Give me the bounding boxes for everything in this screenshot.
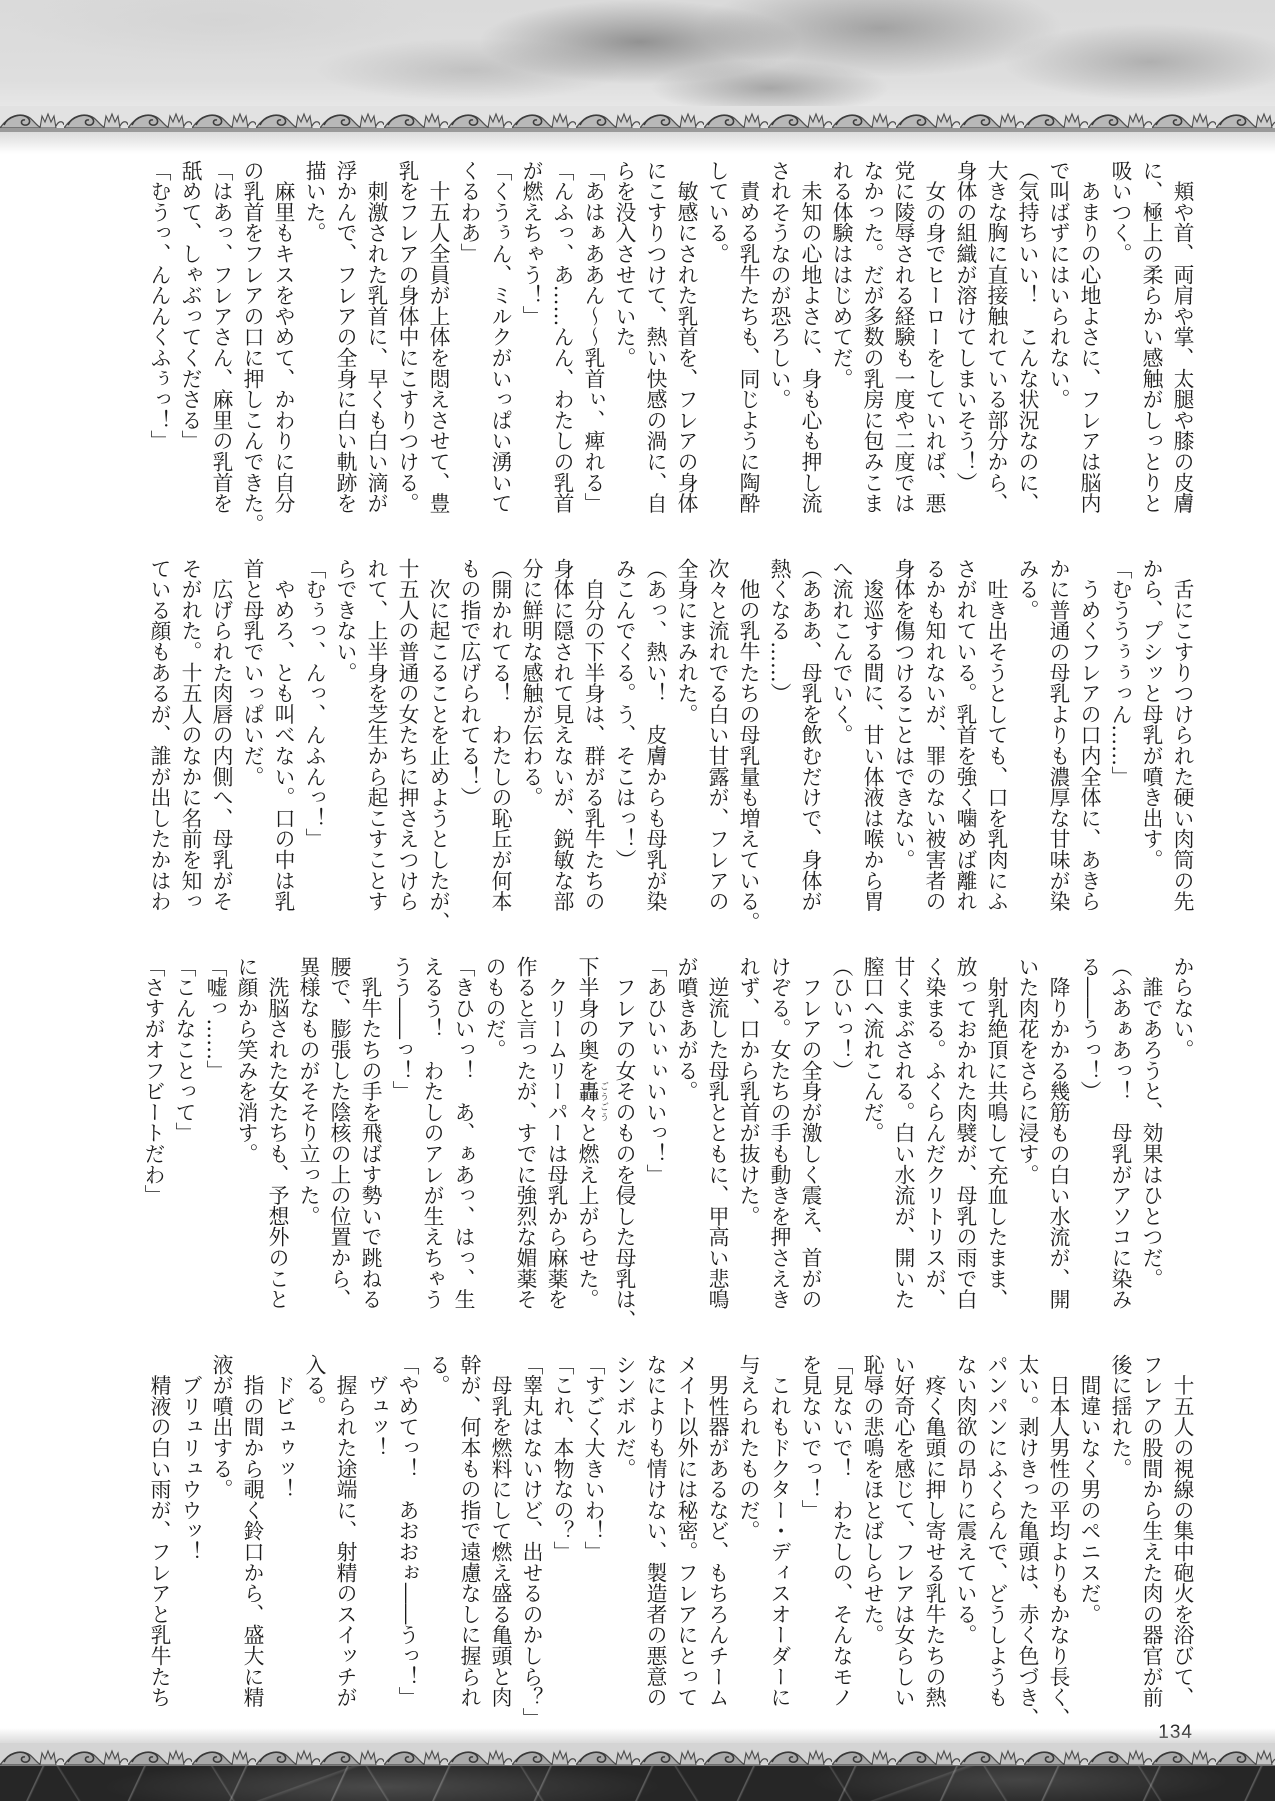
text-column: かに普通の母乳よりも濃厚な甘味が染 xyxy=(1042,558,1073,912)
text-column: いた肉花をさらに浸す。 xyxy=(1011,956,1042,1310)
text-column: で叫ばずにはいられない。 xyxy=(1042,160,1073,514)
text-column: クリームリーパーは母乳から麻薬を xyxy=(540,956,571,1310)
text-column: 頬や首、両肩や掌、太腿や膝の皮膚 xyxy=(1166,160,1197,514)
text-column: 与えられたものだ。 xyxy=(732,1354,763,1708)
text-column: 誰であろうと、効果はひとつだ。 xyxy=(1135,956,1166,1310)
text-column: ない肉欲の昂りに震えている。 xyxy=(949,1354,980,1708)
text-column: 首と母乳でいっぱいだ。 xyxy=(236,558,267,912)
text-column: 麻里もキスをやめて、かわりに自分 xyxy=(267,160,298,514)
text-column: 降りかかる幾筋もの白い水流が、開 xyxy=(1042,956,1073,1310)
text-column: 「すごく大きいわ！」 xyxy=(577,1354,608,1708)
text-column: 腰で、膨張した陰核の上の位置から、 xyxy=(323,956,354,1310)
text-column: みこんでくる。う、そこはっ！） xyxy=(608,558,639,912)
text-column: フレアの股間から生えた肉の器官が前 xyxy=(1135,1354,1166,1708)
text-column: フレアの全身が激しく震え、首がの xyxy=(794,956,825,1310)
text-column: が噴きあがる。 xyxy=(670,956,701,1310)
text-column: 吐き出そうとしても、口を乳肉にふ xyxy=(980,558,1011,912)
text-column: 女の身でヒーローをしていれば、悪 xyxy=(918,160,949,514)
text-column: 「くうぅん、ミルクがいっぱい湧いて xyxy=(484,160,515,514)
text-column: している。 xyxy=(701,160,732,514)
text-column: 舌にこすりつけられた硬い肉筒の先 xyxy=(1166,558,1197,912)
text-column: らできない。 xyxy=(329,558,360,912)
text-column: 入る。 xyxy=(298,1354,329,1708)
text-column: のものだ。 xyxy=(478,956,509,1310)
text-column: 十五人の視線の集中砲火を浴びて、 xyxy=(1166,1354,1197,1708)
text-column: 身体を傷つけることはできない。 xyxy=(887,558,918,912)
text-column: 「見ないで！ わたしの、そんなモノ xyxy=(825,1354,856,1708)
text-column: あまりの心地よさに、フレアは脳内 xyxy=(1073,160,1104,514)
text-column: に顔から笑みを消す。 xyxy=(230,956,261,1310)
text-column: もの指で広げられてる！） xyxy=(453,558,484,912)
text-column: 「きひいっ！ あ、ぁあっ、はっ、生 xyxy=(447,956,478,1310)
text-column: 後に揺れた。 xyxy=(1104,1354,1135,1708)
text-column: みる。 xyxy=(1011,558,1042,912)
text-column: ている顔もあるが、誰が出したかはわ xyxy=(143,558,174,912)
ruby-base: 轟々 xyxy=(575,1081,599,1123)
text-column: 次々と流れでる白い甘露が、フレアの xyxy=(701,558,732,912)
text-column: 吸いつく。 xyxy=(1104,160,1135,514)
text-column: 分に鮮明な感触が伝わる。 xyxy=(515,558,546,912)
text-column: （開かれてる！ わたしの恥丘が何本 xyxy=(484,558,515,912)
text-column: 指の間から覗く鈴口から、盛大に精 xyxy=(236,1354,267,1708)
text-column: 十五人の普通の女たちに押さえつけら xyxy=(391,558,422,912)
text-column: 舐めて、しゃぶってくださる」 xyxy=(174,160,205,514)
text-column: 異様なものがそそり立った。 xyxy=(292,956,323,1310)
text-column: を見ないでっ！」 xyxy=(794,1354,825,1708)
text-column: い好奇心を感じて、フレアは女らしい xyxy=(887,1354,918,1708)
text-column: 間違いなく男のペニスだ。 xyxy=(1073,1354,1104,1708)
text-column: 疼く亀頭に押し寄せる乳牛たちの熱 xyxy=(918,1354,949,1708)
text-column: 男性器があるなど、もちろんチーム xyxy=(701,1354,732,1708)
text-column: に、極上の柔らかい感触がしっとりと xyxy=(1135,160,1166,514)
text-column: 恥辱の悲鳴をほとばしらせた。 xyxy=(856,1354,887,1708)
text-column: 敏感にされた乳首を、フレアの身体 xyxy=(670,160,701,514)
text-column: くるわあ」 xyxy=(453,160,484,514)
bottom-marble-decoration xyxy=(0,1766,1275,1801)
text-column: るかも知れないが、罪のない被害者の xyxy=(918,558,949,912)
top-ornament-border xyxy=(0,106,1275,132)
text-column: 自分の下半身は、群がる乳牛たちの xyxy=(577,558,608,912)
text-column: ヴュッ！ xyxy=(360,1354,391,1708)
text-column: 大きな胸に直接触れている部分から、 xyxy=(980,160,1011,514)
text-column: （あああ、母乳を飲むだけで、身体が xyxy=(794,558,825,912)
text-column: 「やめてっ！ あおおぉ――うっ！」 xyxy=(391,1354,422,1708)
text-column: 「睾丸はないけど、出せるのかしら？」 xyxy=(515,1354,546,1708)
text-column: （気持ちいい！ こんな状況なのに、 xyxy=(1011,160,1042,514)
text-column: ドビュゥッ！ xyxy=(267,1354,298,1708)
text-column: メイト以外には秘密。フレアにとって xyxy=(670,1354,701,1708)
text-column: されそうなのが恐ろしい。 xyxy=(763,160,794,514)
text-column: さがれている。乳首を強く噛めば離れ xyxy=(949,558,980,912)
text-column: シンボルだ。 xyxy=(608,1354,639,1708)
text-column: からない。 xyxy=(1166,956,1197,1310)
text-tier-1: 頬や首、両肩や掌、太腿や膝の皮膚 に、極上の柔らかい感触がしっとりと 吸いつく。… xyxy=(143,160,1197,514)
text-column: れて、上半身を芝生から起こすことす xyxy=(360,558,391,912)
text-column: 浮かんで、フレアの全身に白い軌跡を xyxy=(329,160,360,514)
text-column: けぞる。女たちの手も動きを押さえき xyxy=(763,956,794,1310)
text-tier-3: からない。 誰であろうと、効果はひとつだ。 （ふあぁあっ！ 母乳がアソコに染み … xyxy=(143,956,1197,1310)
text-column: 洗脳された女たちも、予想外のこと xyxy=(261,956,292,1310)
text-column: 日本人男性の平均よりもかなり長く、 xyxy=(1042,1354,1073,1708)
text-column: やめろ、とも叫べない。口の中は乳 xyxy=(267,558,298,912)
ruby-line-after: と燃え上がらせた。 xyxy=(575,1122,599,1309)
text-column: フレアの女そのものを侵した母乳は、 xyxy=(608,956,639,1310)
text-column: 乳をフレアの身体中にこすりつける。 xyxy=(391,160,422,514)
text-column: く染まる。ふくらんだクリトリスが、 xyxy=(918,956,949,1310)
text-column: れる体験ははじめてだ。 xyxy=(825,160,856,514)
text-column: 「さすがオフビートだわ」 xyxy=(137,956,168,1310)
text-column: 作ると言ったが、すでに強烈な媚薬そ xyxy=(509,956,540,1310)
text-column: パンパンにふくらんで、どうしようも xyxy=(980,1354,1011,1708)
text-column: れず、口から乳首が抜けた。 xyxy=(732,956,763,1310)
text-column: 未知の心地よさに、身も心も押し流 xyxy=(794,160,825,514)
text-column: 乳牛たちの手を飛ばす勢いで跳ねる xyxy=(354,956,385,1310)
text-column: の乳首をフレアの口に押しこんできた。 xyxy=(236,160,267,514)
text-column: 母乳を燃料にして燃え盛る亀頭と肉 xyxy=(484,1354,515,1708)
top-border-shadow xyxy=(0,132,1275,154)
text-column: 甘くまぶされる。白い水流が、開いた xyxy=(887,956,918,1310)
text-column: えるう！ わたしのアレが生えちゃう xyxy=(416,956,447,1310)
text-column: うめくフレアの口内全体に、あきら xyxy=(1073,558,1104,912)
text-column: 「むうっ、んんんくふぅっ！」 xyxy=(143,160,174,514)
text-column-with-ruby: 下半身の奥を轟々ごうごうと燃え上がらせた。 xyxy=(571,956,608,1310)
text-column: 太い。剥けきった亀頭は、赤く色づき、 xyxy=(1011,1354,1042,1708)
text-column: 放っておかれた肉襞が、母乳の雨で白 xyxy=(949,956,980,1310)
text-column: 責める乳牛たちも、同じように陶酔 xyxy=(732,160,763,514)
text-column: 広げられた肉唇の内側へ、母乳がそ xyxy=(205,558,236,912)
text-column: 他の乳牛たちの母乳量も増えている。 xyxy=(732,558,763,912)
text-column: 逡巡する間に、甘い体液は喉から胃 xyxy=(856,558,887,912)
text-column: 握られた途端に、射精のスイッチが xyxy=(329,1354,360,1708)
text-column: 党に陵辱される経験も一度や二度では xyxy=(887,160,918,514)
text-column: 熱くなる……） xyxy=(763,558,794,912)
text-tier-2: 舌にこすりつけられた硬い肉筒の先 から、プシッと母乳が噴き出す。 「むううぅぅっ… xyxy=(143,558,1197,912)
text-column: （ふあぁあっ！ 母乳がアソコに染み xyxy=(1104,956,1135,1310)
text-column: 全身にまみれた。 xyxy=(670,558,701,912)
text-column: らを没入させていた。 xyxy=(608,160,639,514)
text-column: そがれた。十五人のなかに名前を知っ xyxy=(174,558,205,912)
text-column: 「あひいぃぃいいっ！」 xyxy=(639,956,670,1310)
text-column: る――うっ！） xyxy=(1073,956,1104,1310)
text-column: （あっ、熱い！ 皮膚からも母乳が染 xyxy=(639,558,670,912)
text-column: 十五人全員が上体を悶えさせて、豊 xyxy=(422,160,453,514)
text-column: 次に起こることを止めようとしたが、 xyxy=(422,558,453,912)
text-column: これもドクター・ディスオーダーに xyxy=(763,1354,794,1708)
text-column: 「これ、本物なの？」 xyxy=(546,1354,577,1708)
text-column: ブリュリュウウッ！ xyxy=(174,1354,205,1708)
text-column: 逆流した母乳とともに、甲高い悲鳴 xyxy=(701,956,732,1310)
text-column: うう――っ！」 xyxy=(385,956,416,1310)
text-column: る。 xyxy=(422,1354,453,1708)
text-column: 「むううぅぅっん……」 xyxy=(1104,558,1135,912)
text-column: へ流れこんでいく。 xyxy=(825,558,856,912)
text-tier-4: 十五人の視線の集中砲火を浴びて、 フレアの股間から生えた肉の器官が前 後に揺れた… xyxy=(143,1354,1197,1708)
text-column: 身体に隠されて見えないが、鋭敏な部 xyxy=(546,558,577,912)
text-column: 液が噴出する。 xyxy=(205,1354,236,1708)
text-column: 「はあっ、フレアさん、麻里の乳首を xyxy=(205,160,236,514)
text-column: 「嘘っ……」 xyxy=(199,956,230,1310)
text-column: 射乳絶頂に共鳴して充血したまま、 xyxy=(980,956,1011,1310)
text-column: にこすりつけて、熱い快感の渦に、自 xyxy=(639,160,670,514)
text-column: （ひいっ！） xyxy=(825,956,856,1310)
text-column: なかった。だが多数の乳房に包みこま xyxy=(856,160,887,514)
text-column: 「むぅっ、んっ、んふんっ！」 xyxy=(298,558,329,912)
text-column: 膣口へ流れこんだ。 xyxy=(856,956,887,1310)
text-column: 「あはぁああん〜〜乳首ぃ、痺れる」 xyxy=(577,160,608,514)
text-column: 刺激された乳首に、早くも白い滴が xyxy=(360,160,391,514)
bottom-border-shadow xyxy=(0,1728,1275,1744)
text-column: 身体の組織が溶けてしまいそう！） xyxy=(949,160,980,514)
text-column: 「こんなことって」 xyxy=(168,956,199,1310)
text-column: 「んふっ、あ……んん、わたしの乳首 xyxy=(546,160,577,514)
ruby-line-before: 下半身の奥を xyxy=(575,956,599,1081)
text-column: 描いた。 xyxy=(298,160,329,514)
text-column: が燃えちゃう！」 xyxy=(515,160,546,514)
text-column: なによりも情けない、製造者の悪意の xyxy=(639,1354,670,1708)
text-column: 精液の白い雨が、フレアと乳牛たち xyxy=(143,1354,174,1708)
ruby-annotation: 轟々ごうごう xyxy=(575,1081,599,1123)
text-column: から、プシッと母乳が噴き出す。 xyxy=(1135,558,1166,912)
text-column: 幹が、何本もの指で遠慮なしに握られ xyxy=(453,1354,484,1708)
ruby-reading: ごうごう xyxy=(598,1081,608,1123)
